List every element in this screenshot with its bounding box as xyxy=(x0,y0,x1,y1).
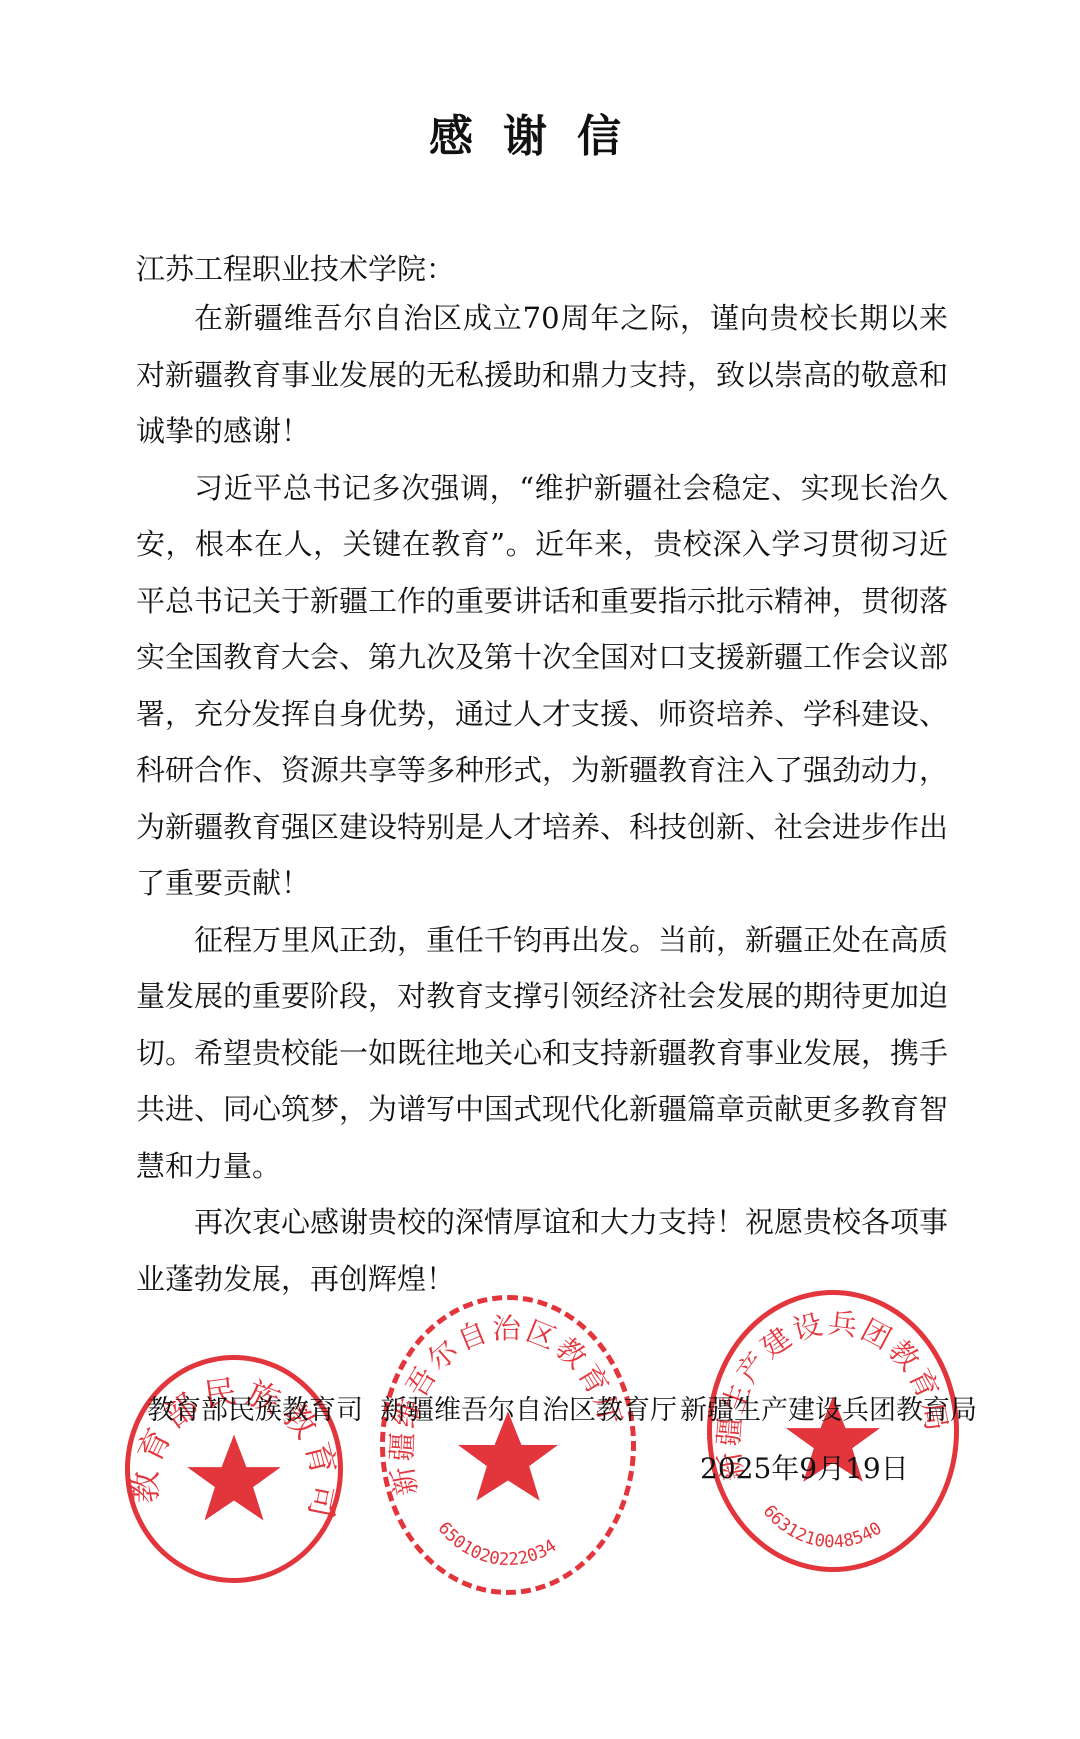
seal-star-icon: 新疆生产建设兵团教育局 6631210048540 xyxy=(712,1295,954,1567)
paragraph-1: 在新疆维吾尔自治区成立70周年之际，谨向贵校长期以来对新疆教育事业发展的无私援助… xyxy=(136,290,948,460)
paragraph-2: 习近平总书记多次强调，“维护新疆社会稳定、实现长治久安，根本在人，关键在教育”。… xyxy=(136,460,948,912)
signatory-xpcc-education-bureau: 新疆生产建设兵团教育局 xyxy=(680,1388,977,1427)
letter-title: 感谢信 xyxy=(0,100,1080,164)
seal-star-icon: 新疆维吾尔自治区教育厅 6501020222034 xyxy=(385,1300,631,1590)
svg-text:6501020222034: 6501020222034 xyxy=(434,1518,561,1570)
seal-xpcc-education-bureau: 新疆生产建设兵团教育局 6631210048540 xyxy=(707,1290,959,1572)
svg-text:6631210048540: 6631210048540 xyxy=(759,1501,886,1552)
paragraph-3: 征程万里风正劲，重任千钧再出发。当前，新疆正处在高质量发展的重要阶段，对教育支撑… xyxy=(136,912,948,1195)
signatory-xinjiang-education-dept: 新疆维吾尔自治区教育厅 xyxy=(380,1388,677,1427)
signatory-ethnic-education-dept: 教育部民族教育司 xyxy=(147,1388,363,1427)
letter-body: 在新疆维吾尔自治区成立70周年之际，谨向贵校长期以来对新疆教育事业发展的无私援助… xyxy=(136,290,948,1307)
salutation: 江苏工程职业技术学院： xyxy=(136,247,455,288)
letter-date: 2025年9月19日 xyxy=(700,1447,909,1487)
seal-xinjiang-education-dept: 新疆维吾尔自治区教育厅 6501020222034 xyxy=(380,1295,636,1595)
